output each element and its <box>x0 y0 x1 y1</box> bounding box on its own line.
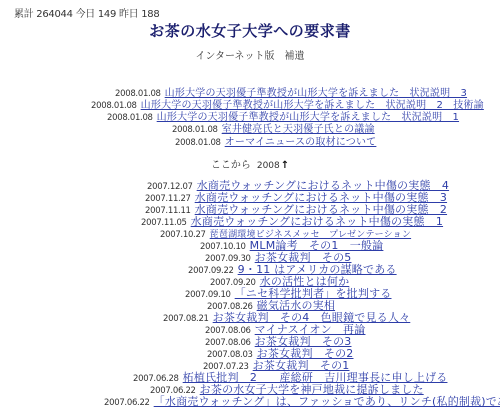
list-item: 2007.12.07水商売ウォッチングにおけるネット中傷の実態 4 <box>147 178 449 190</box>
counter-yesterday-label: 昨日 <box>119 9 138 20</box>
entry-link[interactable]: 「水商売ウォッチング」は、ファッショであり、リンチ(私的制裁)である <box>154 395 500 408</box>
list-item: 2007.06.22お茶の水女子大学を神戸地裁に提訴しました <box>150 382 424 394</box>
list-item: 2007.09.10「ニセ科学批判者」を批判する <box>185 286 391 298</box>
list-item: 2008.01.08室井健亮氏と天羽優子氏との議論 <box>172 121 375 133</box>
list-item: 2007.10.10MLM論考 その1 一般論 <box>200 238 383 250</box>
page-title: お茶の水女子大学への要求書 <box>0 20 500 41</box>
list-item: 2007.08.06マイナスイオン 再論 <box>205 322 365 334</box>
entry-link[interactable]: オーマイニュースの取材について <box>225 137 377 148</box>
list-item: 2007.11.11水商売ウォッチングにおけるネット中傷の実態 2 <box>145 202 447 214</box>
entry-date: 2007.06.22 <box>104 398 150 408</box>
list-item: 2008.01.08オーマイニュースの取材について <box>175 134 376 146</box>
counter-yesterday: 188 <box>141 9 159 20</box>
marker-year: 2008 <box>257 161 280 171</box>
page-subtitle: インターネット版 補遺 <box>0 47 500 62</box>
entry-date: 2007.10.27 <box>160 230 206 240</box>
list-item: 2007.06.22「水商売ウォッチング」は、ファッショであり、リンチ(私的制裁… <box>104 394 500 406</box>
marker-label: ここから <box>211 160 251 171</box>
access-counter: 累計 264044 今日 149 昨日 188 <box>14 5 159 20</box>
list-item: 2007.08.03お茶女裁判 その2 <box>207 346 353 358</box>
list-item: 2008.01.08山形大学の天羽優子準教授が山形大学を訴えました 状況説明 1 <box>107 109 459 121</box>
list-item: 2008.01.08山形大学の天羽優子準教授が山形大学を訴えました 状況説明 3 <box>115 85 467 97</box>
list-item: 2007.08.21お茶女裁判 その4 色眼鏡で見る人々 <box>163 310 410 322</box>
entry-date: 2008.01.08 <box>107 113 153 123</box>
counter-today-label: 今日 <box>76 9 95 20</box>
counter-total-label: 累計 <box>14 9 33 20</box>
list-item: 2007.08.26磁気活水の実相 <box>207 298 335 310</box>
list-item: 2008.01.08山形大学の天羽優子準教授が山形大学を訴えました 状況説明 2… <box>91 97 484 109</box>
list-item: 2007.06.28柘植氏批判 2 産総研 吉川理事長に申し上げる <box>133 370 447 382</box>
list-item: 2007.09.30お茶女裁判 その5 <box>205 250 351 262</box>
counter-today: 149 <box>98 9 116 20</box>
list-item: 2007.10.27琵琶湖環境ビジネスメッセ プレゼンテーション <box>160 226 411 238</box>
list-item: 2007.09.229・11 はアメリカの謀略である <box>188 262 397 274</box>
entry-date: 2007.08.21 <box>163 314 209 324</box>
entry-date: 2008.01.08 <box>175 138 221 148</box>
section-marker: ここから2008↑ <box>0 156 500 171</box>
list-item: 2007.07.23お茶女裁判 その1 <box>203 358 349 370</box>
up-arrow-icon: ↑ <box>281 160 289 171</box>
list-item: 2007.11.27水商売ウォッチングにおけるネット中傷の実態 3 <box>145 190 447 202</box>
list-item: 2007.09.20水の活性とは何か <box>210 274 349 286</box>
list-item: 2007.08.06お茶女裁判 その3 <box>205 334 351 346</box>
list-item: 2007.11.05水商売ウォッチングにおけるネット中傷の実態 1 <box>141 214 443 226</box>
counter-total: 264044 <box>36 9 72 20</box>
